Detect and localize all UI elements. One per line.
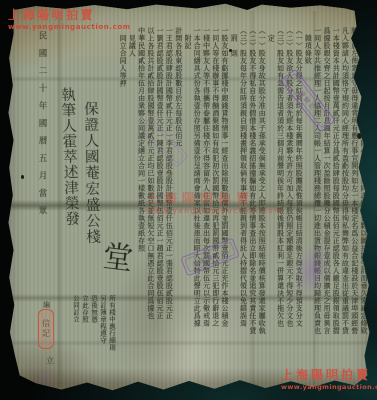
text-column: 恐後無憑 — [89, 295, 98, 365]
text-column: 一同人等在棧辦事不得酗酒聚賭如有故犯初次罰國幣拾元再犯罰國幣貳拾元三犯即行辭退之 — [210, 27, 219, 367]
date-column: 民國二十年國曆五月當眾 — [36, 31, 48, 241]
text-column: 同立合同人等押 — [118, 27, 127, 367]
text-column: 公同訂立 — [71, 295, 80, 365]
text-column: （二）股友不得私自在外假借本棧名義招搖撞騙如有此等情事查出立即除名並追究其責任不… — [248, 27, 257, 367]
text-column: 以上各股共計貳拾肆股國幣壹萬貳仟元正均已如數繳足並無短欠空口無憑立此合同爲據也 — [146, 27, 155, 367]
text-column: 一劉君認股貳股計國幣壹仟元正一陳君認股壹股計國幣伍佰元正一趙君認股壹股伍佰元正 — [155, 27, 164, 367]
text-column: 立此存照 — [80, 295, 89, 365]
text-column: 罰 則 — [229, 27, 238, 367]
auction-photo: 立合同議據人等竊維生財有道端賴同心協力爰集同志組設合夥以圖共謀生計而垂久遠議定條… — [0, 0, 377, 400]
text-column: （一）股友身故其股分准由其子孫承受倘無承受之人即將股本按照結帳時價核算發還家屬收… — [257, 27, 266, 367]
signature-guarantor: 保證人國菴宏盛公棧 — [80, 101, 104, 245]
text-column: 一股友如有虧挪棧中銀錢貨物情事一經查出除照數賠償外並罰國幣壹佰元正充作本棧公積金 — [220, 27, 229, 367]
text-column: 見議人 — [127, 27, 136, 367]
text-column: 定 — [266, 27, 275, 367]
text-column: 爲據股銀交齊之日起按月計息週年結算一次盈餘照股攤分公積金提存壹成以備擴充之用毋異… — [322, 27, 331, 367]
text-column: 計開各股東認股數目於左每股伍佰元 — [173, 27, 182, 367]
text-column: 一同人等共推經理一人協理二人司帳一人管理棧務總攬一切進出貨物銀錢帳目均歸經理負責… — [312, 27, 321, 367]
text-column: 所有棧中應行細則 — [107, 295, 116, 365]
text-column: 另訂簿章程遵守 — [98, 295, 107, 365]
text-column: 凡入夥諸人均須恪守規約同心經理所有盈虧按股均分毋得徇私舞弊如有故違查出從重議罰不… — [340, 27, 349, 367]
document-main-text: 立合同議據人等竊維生財有道端賴同心協力爰集同志組設合夥以圖共謀生計而垂久遠議定條… — [118, 27, 368, 367]
red-seal-stamp: 信記 — [38, 309, 54, 349]
signature-writer: 執筆人霍萃述津榮發 — [57, 87, 83, 227]
text-column: （三）股友每年分紅時須親自到棧畫押領取倘有事故不能親到者得託人持摺代領以免錯誤焉 — [238, 27, 247, 367]
text-column: 雜項條欵 — [303, 27, 312, 367]
signature-flourish: 堂 — [90, 238, 137, 273]
wormhole — [21, 175, 24, 179]
text-column: 中華民國貳拾年伍月由衆夥公同議定繕立合同一樣數紙各執壹紙存照 — [136, 27, 145, 367]
text-column: 一王君認股肆股計國幣貳仟元正一李君認股叄股計國幣壹仟伍佰元正一張君認股貳股元正 — [164, 27, 173, 367]
text-column: 立合同議據人等竊維生財有道端賴同心協力爰集同志組設合夥以圖共謀生計而垂久遠議定條… — [359, 27, 368, 367]
watermark-url-text: www.yangmingauction.com — [281, 383, 377, 391]
document-closing-text: 所有棧中應行細則另訂簿章程遵守恐後無憑立此存照公同訂立 — [62, 295, 116, 365]
text-column: 一本合同繕具式份各執壹份存照另備壹份呈請商會備案以杜後患而昭大信特此聲明立此爲據 — [192, 27, 201, 367]
text-column: 一本棧資本共計國幣壹萬貳仟元正分爲貳拾肆股每股國幣伍佰元正認股各人繳足股銀領取股… — [331, 27, 340, 367]
text-column: 附記 — [183, 27, 192, 367]
seal-foot-text: 立 — [46, 355, 54, 366]
red-seal-text: 信記 — [41, 319, 52, 339]
text-column: 臚列於左俾衆遵守毋得違背所有應行事宜開列如左一本棧定名爲公益合記棧設於天津埠頭經… — [349, 27, 358, 367]
text-column: 一棧中夥友人等不得攜帶眷屬住棧亦不得容留外人住宿如違查出每次罰國幣伍元以示儆戒焉 — [201, 27, 210, 367]
purple-ink-smudge — [31, 369, 57, 387]
antique-document-paper: 立合同議據人等竊維生財有道端賴同心協力爰集同志組設合夥以圖共謀生計而垂久遠議定條… — [7, 3, 371, 395]
